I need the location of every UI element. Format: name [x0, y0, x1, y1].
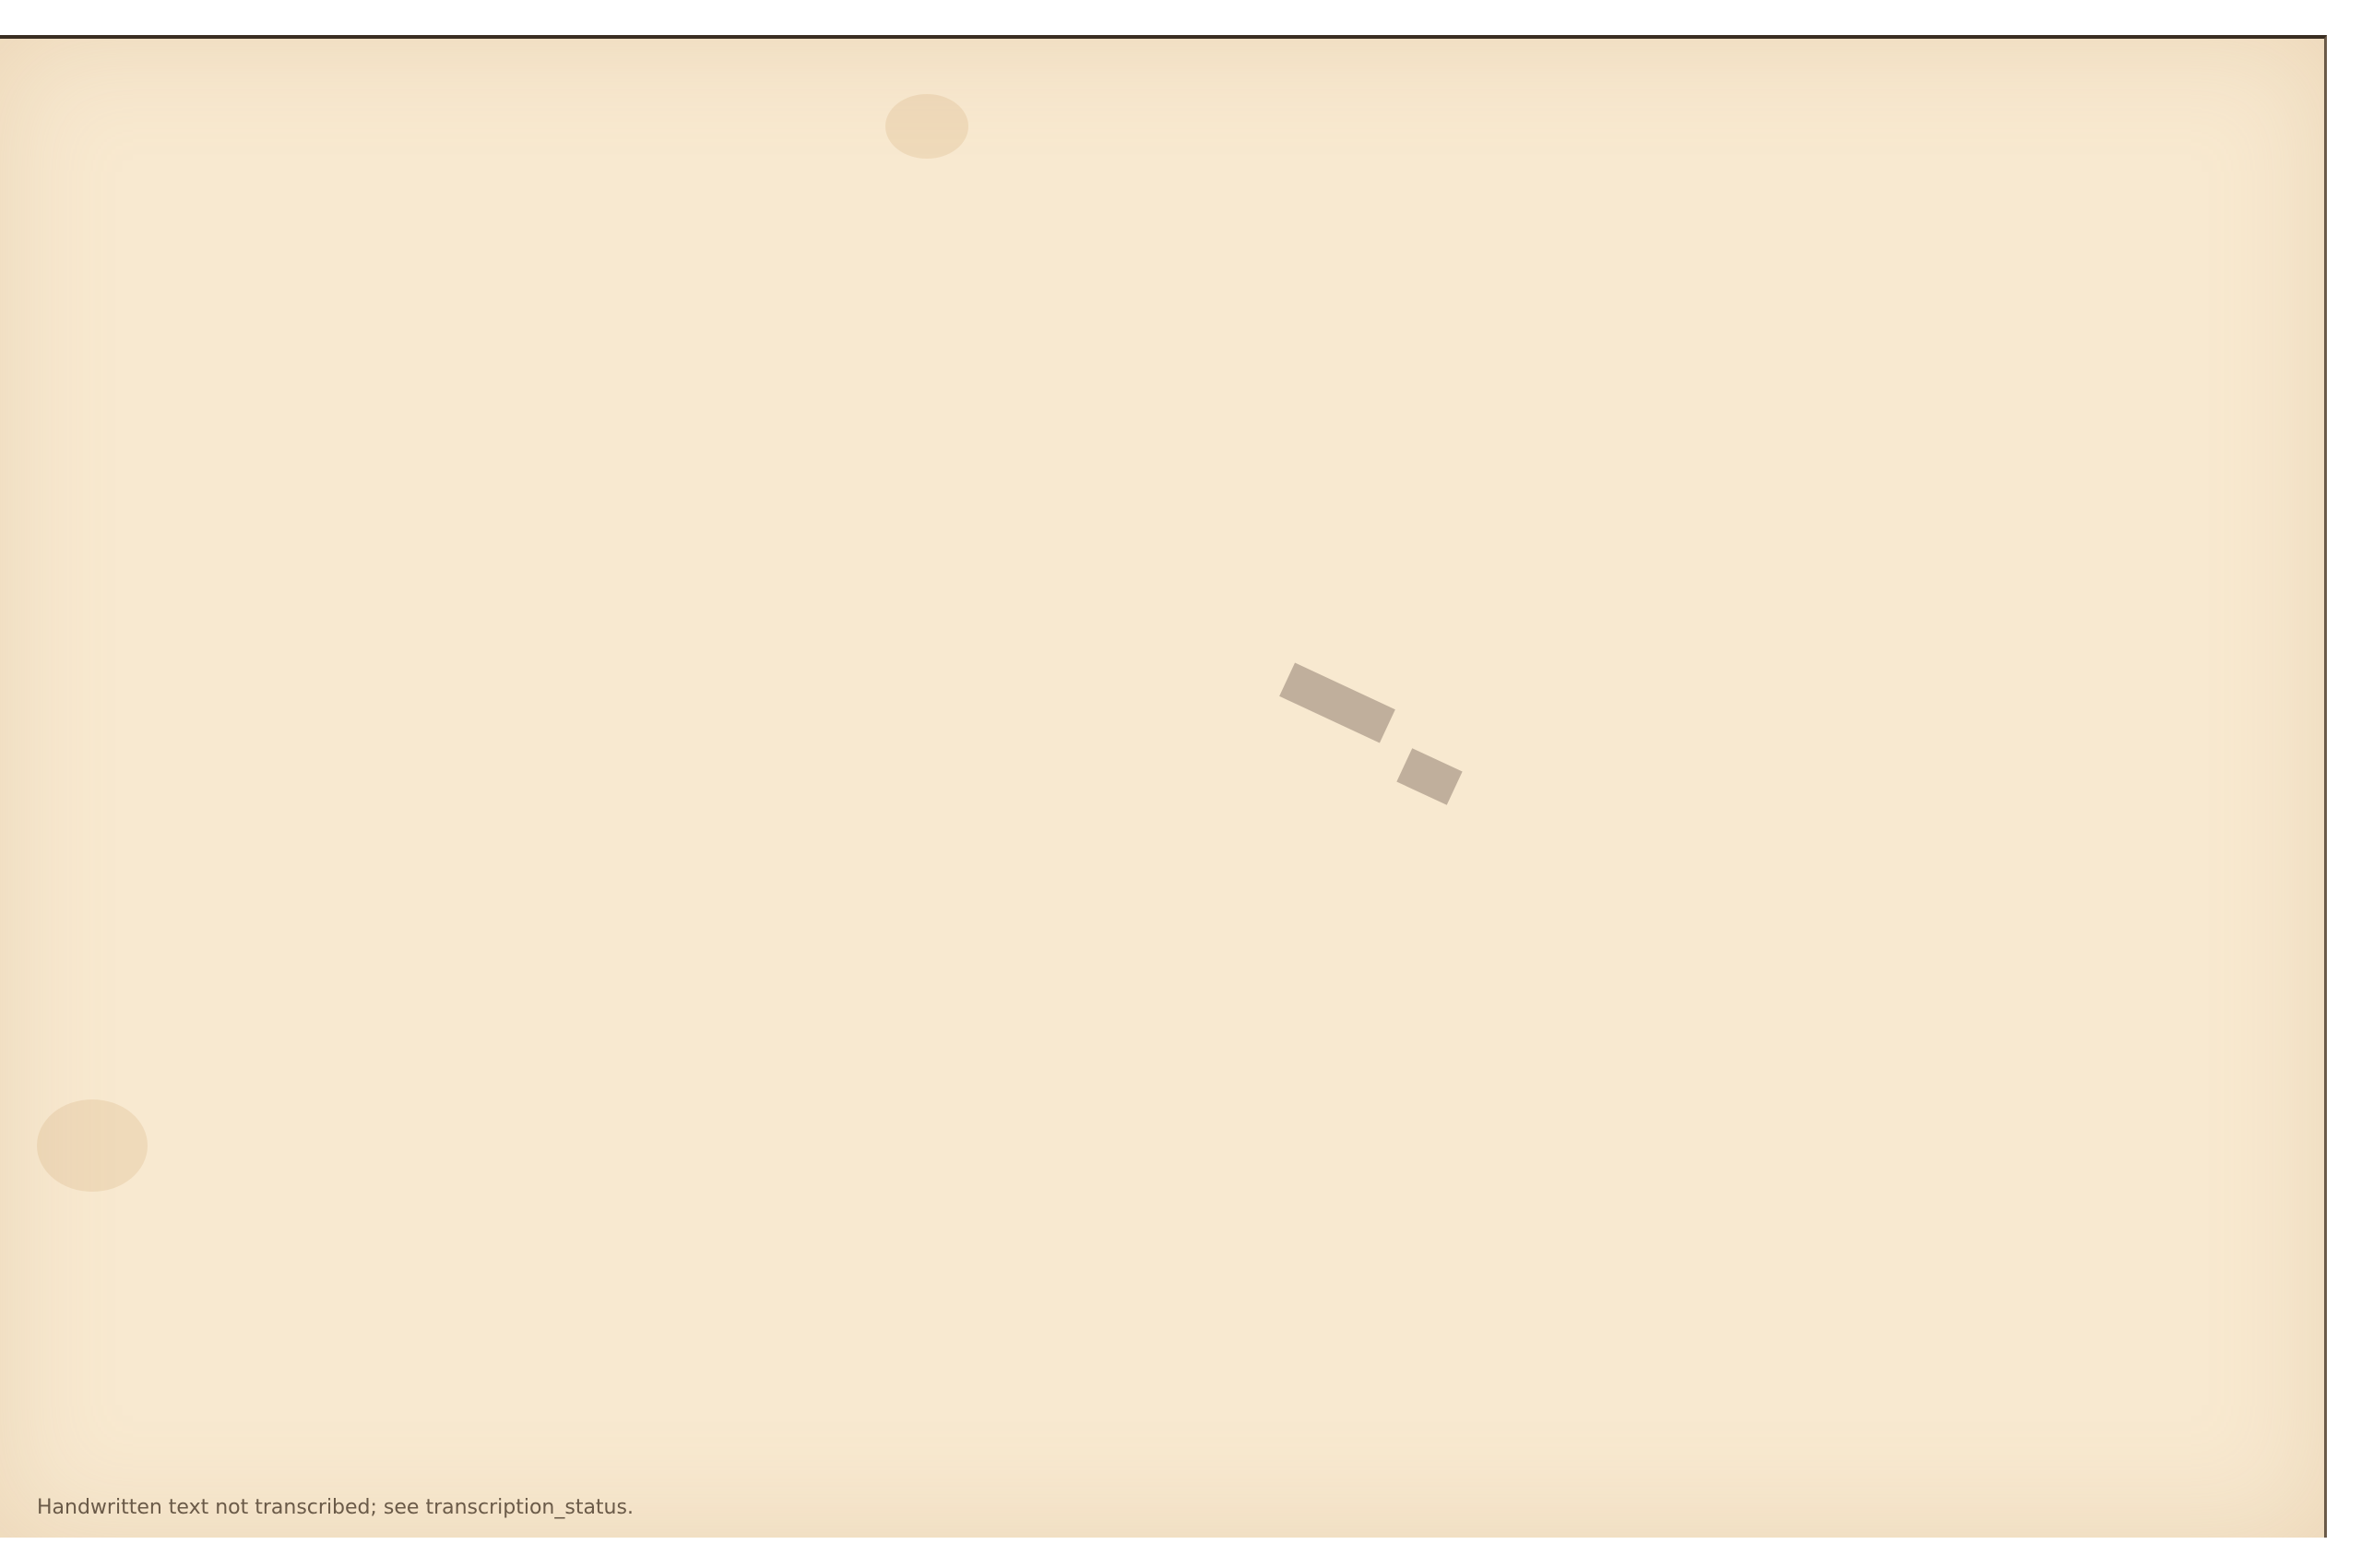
paper-stain — [37, 1099, 148, 1192]
paper-stain — [885, 94, 968, 159]
transcription-note: Handwritten text not transcribed; see tr… — [37, 1496, 634, 1519]
postcard: Handwritten text not transcribed; see tr… — [0, 35, 2327, 1538]
ink-smudge — [1396, 748, 1462, 805]
ink-smudge — [1279, 663, 1395, 743]
